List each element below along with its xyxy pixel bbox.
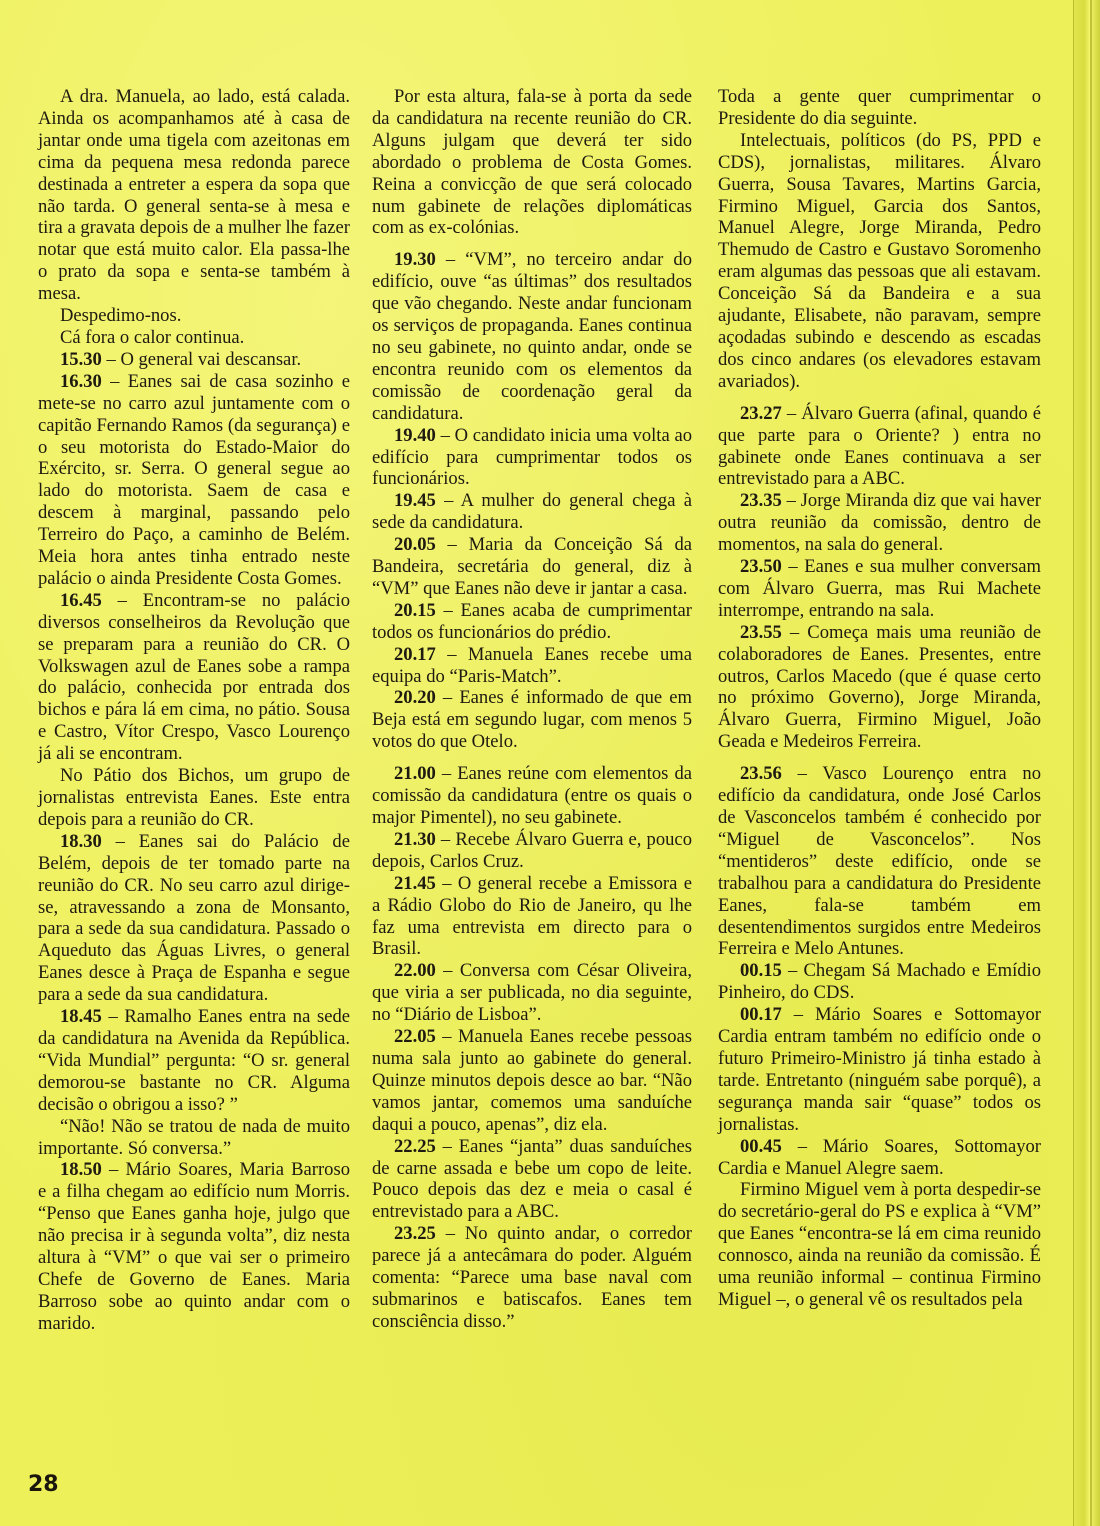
paragraph: 23.25 – No quinto andar, o corredor pare…: [372, 1223, 692, 1333]
paragraph: 00.17 – Mário Soares e Sottomayor Cardia…: [718, 1004, 1041, 1135]
paragraph: 18.45 – Ramalho Eanes entra na sede da c…: [38, 1006, 350, 1116]
paragraph: 19.40 – O candidato inicia uma volta ao …: [372, 425, 692, 491]
paragraph: 21.30 – Recebe Álvaro Guerra e, pouco de…: [372, 829, 692, 873]
paragraph: 22.25 – Eanes “janta” duas sanduíches de…: [372, 1136, 692, 1224]
timestamp: 22.05: [394, 1026, 436, 1047]
timestamp: 19.45: [394, 490, 436, 511]
timestamp: 19.40: [394, 425, 436, 446]
paragraph: Despedimo-nos.: [38, 305, 350, 327]
page-binding-edge: [1073, 0, 1100, 1526]
paragraph-text: Por esta altura, fala-se à porta da sede…: [372, 86, 692, 238]
timestamp: 18.45: [60, 1006, 102, 1027]
paragraph: 23.55 – Começa mais uma reunião de colab…: [718, 622, 1041, 753]
paragraph-text: Toda a gente quer cumprimentar o Preside…: [718, 86, 1041, 129]
paragraph-text: Intelectuais, políticos (do PS, PPD e CD…: [718, 130, 1041, 392]
timestamp: 20.20: [394, 687, 436, 708]
timestamp: 20.17: [394, 644, 436, 665]
paragraph-text: Firmino Miguel vem à porta despedir-se d…: [718, 1179, 1041, 1310]
paragraph: 16.45 – Encontram-se no palácio diversos…: [38, 590, 350, 765]
page-edge-line: [1090, 0, 1092, 1526]
paragraph-text: No Pátio dos Bichos, um grupo de jornali…: [38, 765, 350, 830]
paragraph: 16.30 – Eanes sai de casa sozinho e mete…: [38, 371, 350, 590]
timestamp: 18.30: [60, 831, 102, 852]
paragraph: 00.15 – Chegam Sá Machado e Emídio Pinhe…: [718, 960, 1041, 1004]
paragraph: 22.00 – Conversa com César Oliveira, que…: [372, 960, 692, 1026]
timestamp: 20.05: [394, 534, 436, 555]
timestamp: 20.15: [394, 600, 436, 621]
timestamp: 21.45: [394, 873, 436, 894]
paragraph: 23.27 – Álvaro Guerra (afinal, quando é …: [718, 403, 1041, 491]
paragraph: 20.20 – Eanes é informado de que em Beja…: [372, 687, 692, 753]
paragraph: Intelectuais, políticos (do PS, PPD e CD…: [718, 130, 1041, 393]
paragraph-text: – Eanes sai de casa sozinho e mete-se no…: [38, 371, 350, 589]
paragraph-text: A dra. Manuela, ao lado, está calada. Ai…: [38, 86, 350, 304]
timestamp: 23.25: [394, 1223, 436, 1244]
text-column-2: Por esta altura, fala-se à porta da sede…: [372, 86, 692, 1333]
paragraph: No Pátio dos Bichos, um grupo de jornali…: [38, 765, 350, 831]
magazine-page: A dra. Manuela, ao lado, está calada. Ai…: [0, 0, 1100, 1526]
paragraph-text: – Eanes sai do Palácio de Belém, depois …: [38, 831, 350, 1005]
paragraph-text: – Encontram-se no palácio diversos conse…: [38, 590, 350, 764]
paragraph-text: Despedimo-nos.: [60, 305, 181, 326]
paragraph-text: – O general vai descansar.: [102, 349, 301, 370]
timestamp: 00.15: [740, 960, 782, 981]
text-column-3: Toda a gente quer cumprimentar o Preside…: [718, 86, 1041, 1311]
timestamp: 21.30: [394, 829, 436, 850]
timestamp: 19.30: [394, 249, 436, 270]
paragraph: 00.45 – Mário Soares, Sottomayor Cardia …: [718, 1136, 1041, 1180]
paragraph: 21.45 – O general recebe a Emissora e a …: [372, 873, 692, 961]
paragraph-text: Cá fora o calor continua.: [60, 327, 244, 348]
paragraph: 20.05 – Maria da Conceição Sá da Bandeir…: [372, 534, 692, 600]
paragraph: Firmino Miguel vem à porta despedir-se d…: [718, 1179, 1041, 1310]
paragraph: 20.17 – Manuela Eanes recebe uma equipa …: [372, 644, 692, 688]
paragraph: 21.00 – Eanes reúne com elementos da com…: [372, 763, 692, 829]
paragraph-text: – Vasco Lourenço entra no edifício da ca…: [718, 763, 1041, 959]
paragraph: Cá fora o calor continua.: [38, 327, 350, 349]
paragraph: Por esta altura, fala-se à porta da sede…: [372, 86, 692, 239]
page-number: 28: [28, 1472, 59, 1497]
paragraph: 18.50 – Mário Soares, Maria Barroso e a …: [38, 1159, 350, 1334]
paragraph: 23.35 – Jorge Miranda diz que vai haver …: [718, 490, 1041, 556]
timestamp: 23.50: [740, 556, 782, 577]
paragraph-text: – Mário Soares, Maria Barroso e a filha …: [38, 1159, 350, 1333]
timestamp: 22.00: [394, 960, 436, 981]
timestamp: 00.45: [740, 1136, 782, 1157]
paragraph: Toda a gente quer cumprimentar o Preside…: [718, 86, 1041, 130]
text-column-1: A dra. Manuela, ao lado, está calada. Ai…: [38, 86, 350, 1335]
timestamp: 18.50: [60, 1159, 102, 1180]
paragraph: 19.30 – “VM”, no terceiro andar do edifí…: [372, 249, 692, 424]
paragraph: “Não! Não se tratou de nada de muito imp…: [38, 1116, 350, 1160]
paragraph: 23.50 – Eanes e sua mulher conversam com…: [718, 556, 1041, 622]
paragraph: 23.56 – Vasco Lourenço entra no edifício…: [718, 763, 1041, 960]
timestamp: 23.27: [740, 403, 782, 424]
timestamp: 23.56: [740, 763, 782, 784]
paragraph: 15.30 – O general vai descansar.: [38, 349, 350, 371]
timestamp: 15.30: [60, 349, 102, 370]
timestamp: 22.25: [394, 1136, 436, 1157]
paragraph: A dra. Manuela, ao lado, está calada. Ai…: [38, 86, 350, 305]
paragraph: 20.15 – Eanes acaba de cumprimentar todo…: [372, 600, 692, 644]
paragraph-text: “Não! Não se tratou de nada de muito imp…: [38, 1116, 350, 1159]
timestamp: 00.17: [740, 1004, 782, 1025]
timestamp: 16.30: [60, 371, 102, 392]
paragraph: 18.30 – Eanes sai do Palácio de Belém, d…: [38, 831, 350, 1006]
timestamp: 21.00: [394, 763, 436, 784]
timestamp: 23.35: [740, 490, 782, 511]
timestamp: 16.45: [60, 590, 102, 611]
timestamp: 23.55: [740, 622, 782, 643]
paragraph-text: – “VM”, no terceiro andar do edifício, o…: [372, 249, 692, 423]
paragraph: 19.45 – A mulher do general chega à sede…: [372, 490, 692, 534]
paragraph: 22.05 – Manuela Eanes recebe pessoas num…: [372, 1026, 692, 1136]
